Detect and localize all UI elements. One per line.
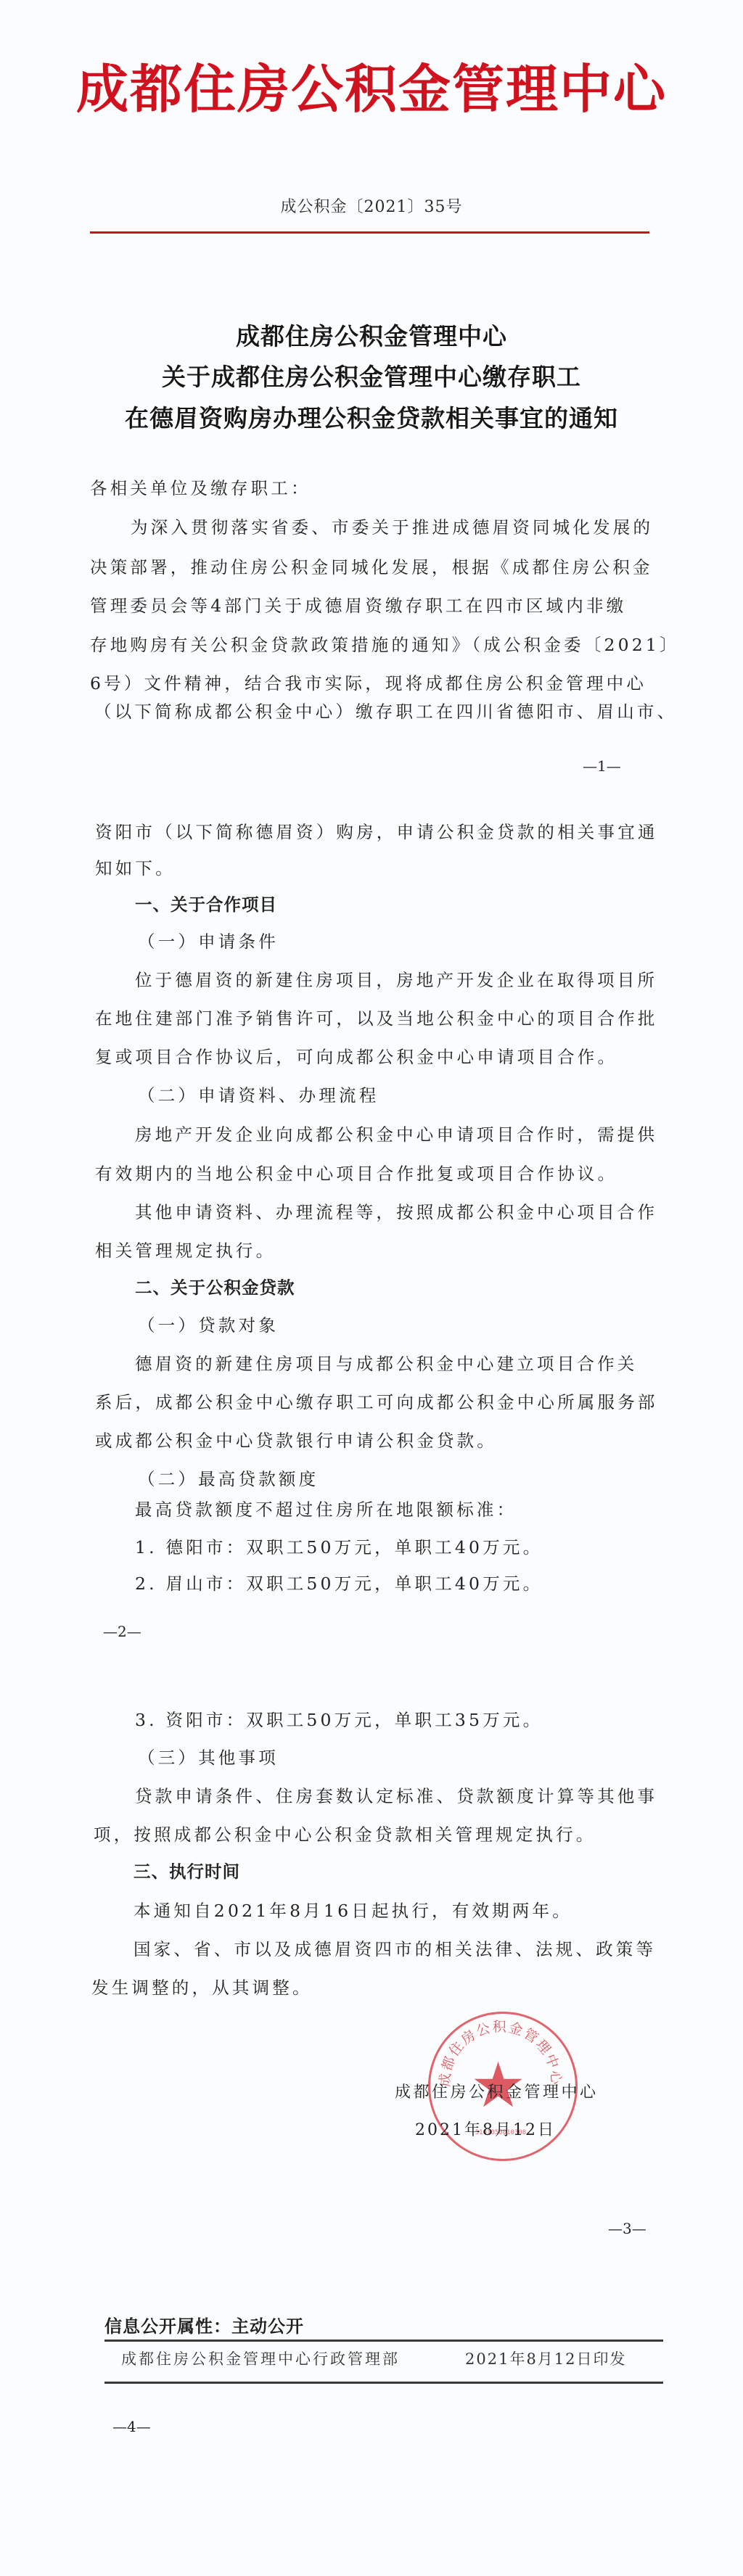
page-number-4: —4— xyxy=(112,2418,151,2435)
intro-line: 存地购房有关公积金贷款政策措施的通知》（成公积金委〔2021〕 xyxy=(90,633,653,657)
loan-limit-ziyang: 3. 资阳市：双职工50万元，单职工35万元。 xyxy=(135,1708,698,1732)
intro-line: （以下简称成都公积金中心）缴存职工在四川省德阳市、眉山市、 xyxy=(94,699,657,724)
red-divider xyxy=(90,231,649,234)
section-2-2-intro: 最高贷款额度不超过住房所在地限额标准： xyxy=(135,1497,698,1522)
section-1-1-line: 位于德眉资的新建住房项目，房地产开发企业在取得项目所 xyxy=(135,968,698,992)
title-line-1: 成都住房公积金管理中心 xyxy=(0,319,743,354)
section-1-2-line: 其他申请资料、办理流程等，按照成都公积金中心项目合作 xyxy=(135,1200,698,1225)
intro-line: 6号）文件精神，结合我市实际，现将成都住房公积金管理中心 xyxy=(90,671,653,696)
section-2-3-line: 项，按照成都公积金中心公积金贷款相关管理规定执行。 xyxy=(94,1822,657,1847)
intro-continued-line: 资阳市（以下简称德眉资）购房，申请公积金贷款的相关事宜通 xyxy=(95,820,658,844)
section-3-para-1: 本通知自2021年8月16日起执行，有效期两年。 xyxy=(134,1898,697,1923)
page-number-2: —2— xyxy=(103,1623,141,1640)
section-1-2-line: 有效期内的当地公积金中心项目合作批复或项目合作协议。 xyxy=(95,1161,658,1186)
section-2-heading: 二、关于公积金贷款 xyxy=(135,1275,698,1300)
section-2-1-line: 或成都公积金中心贷款银行申请公积金贷款。 xyxy=(95,1428,658,1453)
loan-limit-meishan: 2. 眉山市：双职工50万元，单职工40万元。 xyxy=(135,1571,698,1596)
section-3-heading: 三、执行时间 xyxy=(134,1859,697,1884)
signature-date: 2021年8月12日 xyxy=(415,2118,743,2143)
section-1-2-line: 相关管理规定执行。 xyxy=(95,1238,658,1263)
section-2-3-heading: （三）其他事项 xyxy=(138,1745,701,1770)
signature-org: 成都住房公积金管理中心 xyxy=(395,2081,743,2105)
masthead-org-name: 成都住房公积金管理中心 xyxy=(0,57,743,122)
section-2-1-line: 系后，成都公积金中心缴存职工可向成都公积金中心所属服务部 xyxy=(95,1390,658,1415)
page-number-3: —3— xyxy=(608,2220,646,2237)
intro-line: 为深入贯彻落实省委、市委关于推进成德眉资同城化发展的 xyxy=(131,515,694,540)
section-2-1-heading: （一）贷款对象 xyxy=(138,1313,701,1338)
intro-line: 管理委员会等4部门关于成德眉资缴存职工在四市区域内非缴 xyxy=(90,593,653,618)
section-2-1-line: 德眉资的新建住房项目与成都公积金中心建立项目合作关 xyxy=(135,1351,698,1376)
page-number-1: —1— xyxy=(583,757,621,775)
title-line-3: 在德眉资购房办理公积金贷款相关事宜的通知 xyxy=(0,401,743,436)
section-1-2-heading: （二）申请资料、办理流程 xyxy=(138,1083,701,1108)
section-1-2-line: 房地产开发企业向成都公积金中心申请项目合作时，需提供 xyxy=(135,1122,698,1147)
section-2-3-line: 贷款申请条件、住房套数认定标准、贷款额度计算等其他事 xyxy=(135,1784,698,1808)
colophon-bottom-rule xyxy=(104,2382,663,2384)
issue-date: 2021年8月12日印发 xyxy=(465,2347,627,2369)
section-3-para-2-line: 国家、省、市以及成德眉资四市的相关法律、法规、政策等 xyxy=(134,1937,697,1962)
title-line-2: 关于成都住房公积金管理中心缴存职工 xyxy=(0,360,743,395)
loan-limit-deyang: 1. 德阳市：双职工50万元，单职工40万元。 xyxy=(135,1535,698,1560)
colophon-top-rule xyxy=(104,2340,663,2342)
issuing-department: 成都住房公积金管理中心行政管理部 xyxy=(121,2347,400,2369)
intro-line: 决策部署，推动住房公积金同城化发展，根据《成都住房公积金 xyxy=(90,555,653,580)
intro-continued-line: 知如下。 xyxy=(95,856,658,881)
disclosure-attribute: 信息公开属性：主动公开 xyxy=(104,2312,304,2337)
section-1-1-line: 在地住建部门准予销售许可，以及当地公积金中心的项目合作批 xyxy=(95,1006,658,1031)
salutation: 各相关单位及缴存职工： xyxy=(90,476,653,501)
document-number: 成公积金〔2021〕35号 xyxy=(0,194,743,217)
section-1-1-line: 复或项目合作协议后，可向成都公积金中心申请项目合作。 xyxy=(95,1045,658,1069)
section-2-2-heading: （二）最高贷款额度 xyxy=(138,1467,701,1491)
section-1-1-heading: （一）申请条件 xyxy=(138,929,701,954)
section-1-heading: 一、关于合作项目 xyxy=(135,892,698,917)
section-3-para-2-line: 发生调整的，从其调整。 xyxy=(91,1975,654,2000)
